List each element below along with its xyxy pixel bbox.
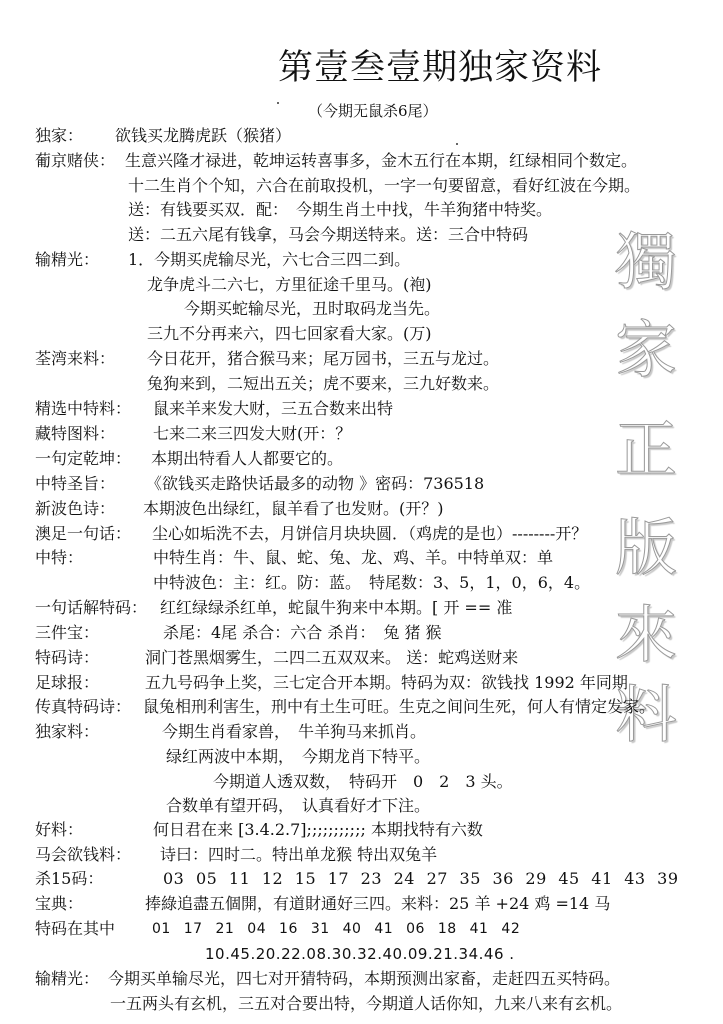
section-label: 三件宝： (35, 623, 99, 643)
section-label: 新波色诗： (35, 499, 115, 519)
section-text: 本期出特看人人都要它的。 (151, 449, 343, 469)
section-text: 杀尾：4尾 杀合：六合 杀肖： 兔 猪 猴 (163, 623, 442, 643)
watermark-char: 獨 (615, 212, 677, 301)
section-label: 荃湾来料： (35, 349, 115, 369)
section-label: 藏特图料： (35, 424, 115, 444)
section-line: 今日花开，猪合猴马来；尾万园书，三五与龙过。 (147, 349, 499, 369)
section-label: 独家料： (35, 722, 99, 742)
section-label: 葡京赌侠： (35, 151, 115, 171)
page-title: 第壹叁壹期独家资料 (278, 40, 602, 90)
section-text: 五九号码争上奖，三七定合开本期。特码为双：欲钱找 1992 年同期 (145, 673, 628, 693)
special-numbers-row2: 10.45.20.22.08.30.32.40.09.21.34.46 . (205, 944, 515, 964)
section-text: 鼠兔相刑利害生，刑中有土生可旺。生克之间问生死，何人有情定发家。 (143, 697, 655, 717)
section-text: 欲钱买龙腾虎跃（猴猪） (115, 126, 291, 146)
section-line: 十二生肖个个知，六合在前取投机，一字一句要留意，看好红波在今期。 (128, 176, 640, 196)
section-label: 输精光： (35, 250, 99, 270)
watermark-char: 家 (615, 300, 677, 389)
section-text: 洞门苍黑烟雾生，二四二五双双来。 送：蛇鸡送财来 (145, 648, 518, 668)
section-text: 诗曰：四时二。特出单龙猴 特出双兔羊 (160, 845, 437, 865)
section-text: 尘心如垢洗不去，月饼信月块块圆．（鸡虎的是也）--------开？ (152, 524, 587, 544)
section-label: 一句定乾坤： (35, 449, 131, 469)
section-line: 绿红两波中本期， 今期龙肖下特平。 (166, 747, 430, 767)
section-text: 鼠来羊来发大财，三五合数来出特 (153, 399, 393, 419)
watermark-char: 正 (615, 400, 677, 489)
section-label: 宝典： (35, 894, 83, 914)
section-label: 传真特码诗： (35, 697, 131, 717)
section-label: 特码在其中 (35, 919, 115, 939)
section-line: 1．今期买虎输尽光，六七合三四二到。 (128, 250, 410, 270)
section-label: 精选中特料： (35, 399, 131, 419)
section-line: 三九不分再来六，四七回家看大家。(万) (147, 324, 432, 344)
section-label: 足球报： (35, 673, 99, 693)
section-label: 中特： (35, 548, 83, 568)
watermark-char: 來 (615, 585, 677, 674)
scan-speck (456, 143, 458, 145)
section-label: 澳足一句话： (35, 524, 131, 544)
section-line: 龙争虎斗二六七，方里征途千里马。(袍) (147, 275, 432, 295)
section-label: 特码诗： (35, 648, 99, 668)
section-text: 七来二来三四发大财(开：？ (153, 424, 351, 444)
section-text: 本期波色出绿红，鼠羊看了也发财。(开？) (143, 499, 444, 519)
special-numbers-row1: 01 17 21 04 16 31 40 41 06 18 41 42 (152, 919, 520, 939)
section-text: 《欲钱买走路快话最多的动物 》密码：736518 (146, 474, 484, 494)
section-text: 捧綠追盡五個開，有道財通好三四。来料：25 羊 +24 鸡 =14 马 (145, 894, 610, 914)
scan-speck (277, 102, 279, 104)
section-line: 兔狗来到，二短出五关；虎不要来，三九好数来。 (147, 374, 499, 394)
section-label: 好料： (35, 820, 83, 840)
section-label: 独家： (35, 126, 83, 146)
watermark-char: 版 (615, 498, 677, 587)
section-line: 中特生肖：牛、鼠、蛇、兔、龙、鸡、羊。中特单双：单 (153, 548, 553, 568)
section-text: 何日君在来 [3.4.2.7];;;;;;;;;;; 本期找特有六数 (153, 820, 483, 840)
section-text: 红红绿绿杀红单，蛇鼠牛狗来中本期。[ 开 == 准 (160, 598, 512, 618)
section-line: 中特波色：主：红。防：蓝。 特尾数：3、5，1，0，6，4。 (153, 573, 590, 593)
section-line: 今期生肖看家兽， 牛羊狗马来抓肖。 (162, 722, 426, 742)
section-label: 杀15码： (35, 869, 103, 889)
section-line: 今期买蛇输尽光，丑时取码龙当先。 (184, 299, 440, 319)
section-label: 中特圣旨： (35, 474, 115, 494)
section-line: 送：二五六尾有钱拿，马会今期送特来。送：三合中特码 (128, 225, 528, 245)
section-line: 今期买单输尽光，四七对开猜特码，本期预测出家畜，走赶四五买特码。 (108, 969, 620, 989)
page-subtitle: （今期无鼠杀6尾） (308, 100, 438, 121)
section-line: 今期道人透双数， 特码开 0 2 3 头。 (213, 772, 513, 792)
section-line: 合数单有望开码， 认真看好才下注。 (166, 796, 430, 816)
kill-numbers: 03 05 11 12 15 17 23 24 27 35 36 29 45 4… (163, 869, 679, 889)
section-line: 生意兴隆才禄进，乾坤运转喜事多，金木五行在本期，红绿相同个数定。 (125, 151, 637, 171)
section-line: 一五两头有玄机，三五对合要出特，今期道人话你知，九来八来有玄机。 (110, 994, 622, 1014)
section-label: 一句话解特码： (35, 598, 147, 618)
section-label: 输精光： (35, 969, 99, 989)
section-line: 送：有钱要买双．配： 今期生肖土中找，牛羊狗猪中特奖。 (128, 200, 552, 220)
section-label: 马会欲钱料： (35, 845, 131, 865)
